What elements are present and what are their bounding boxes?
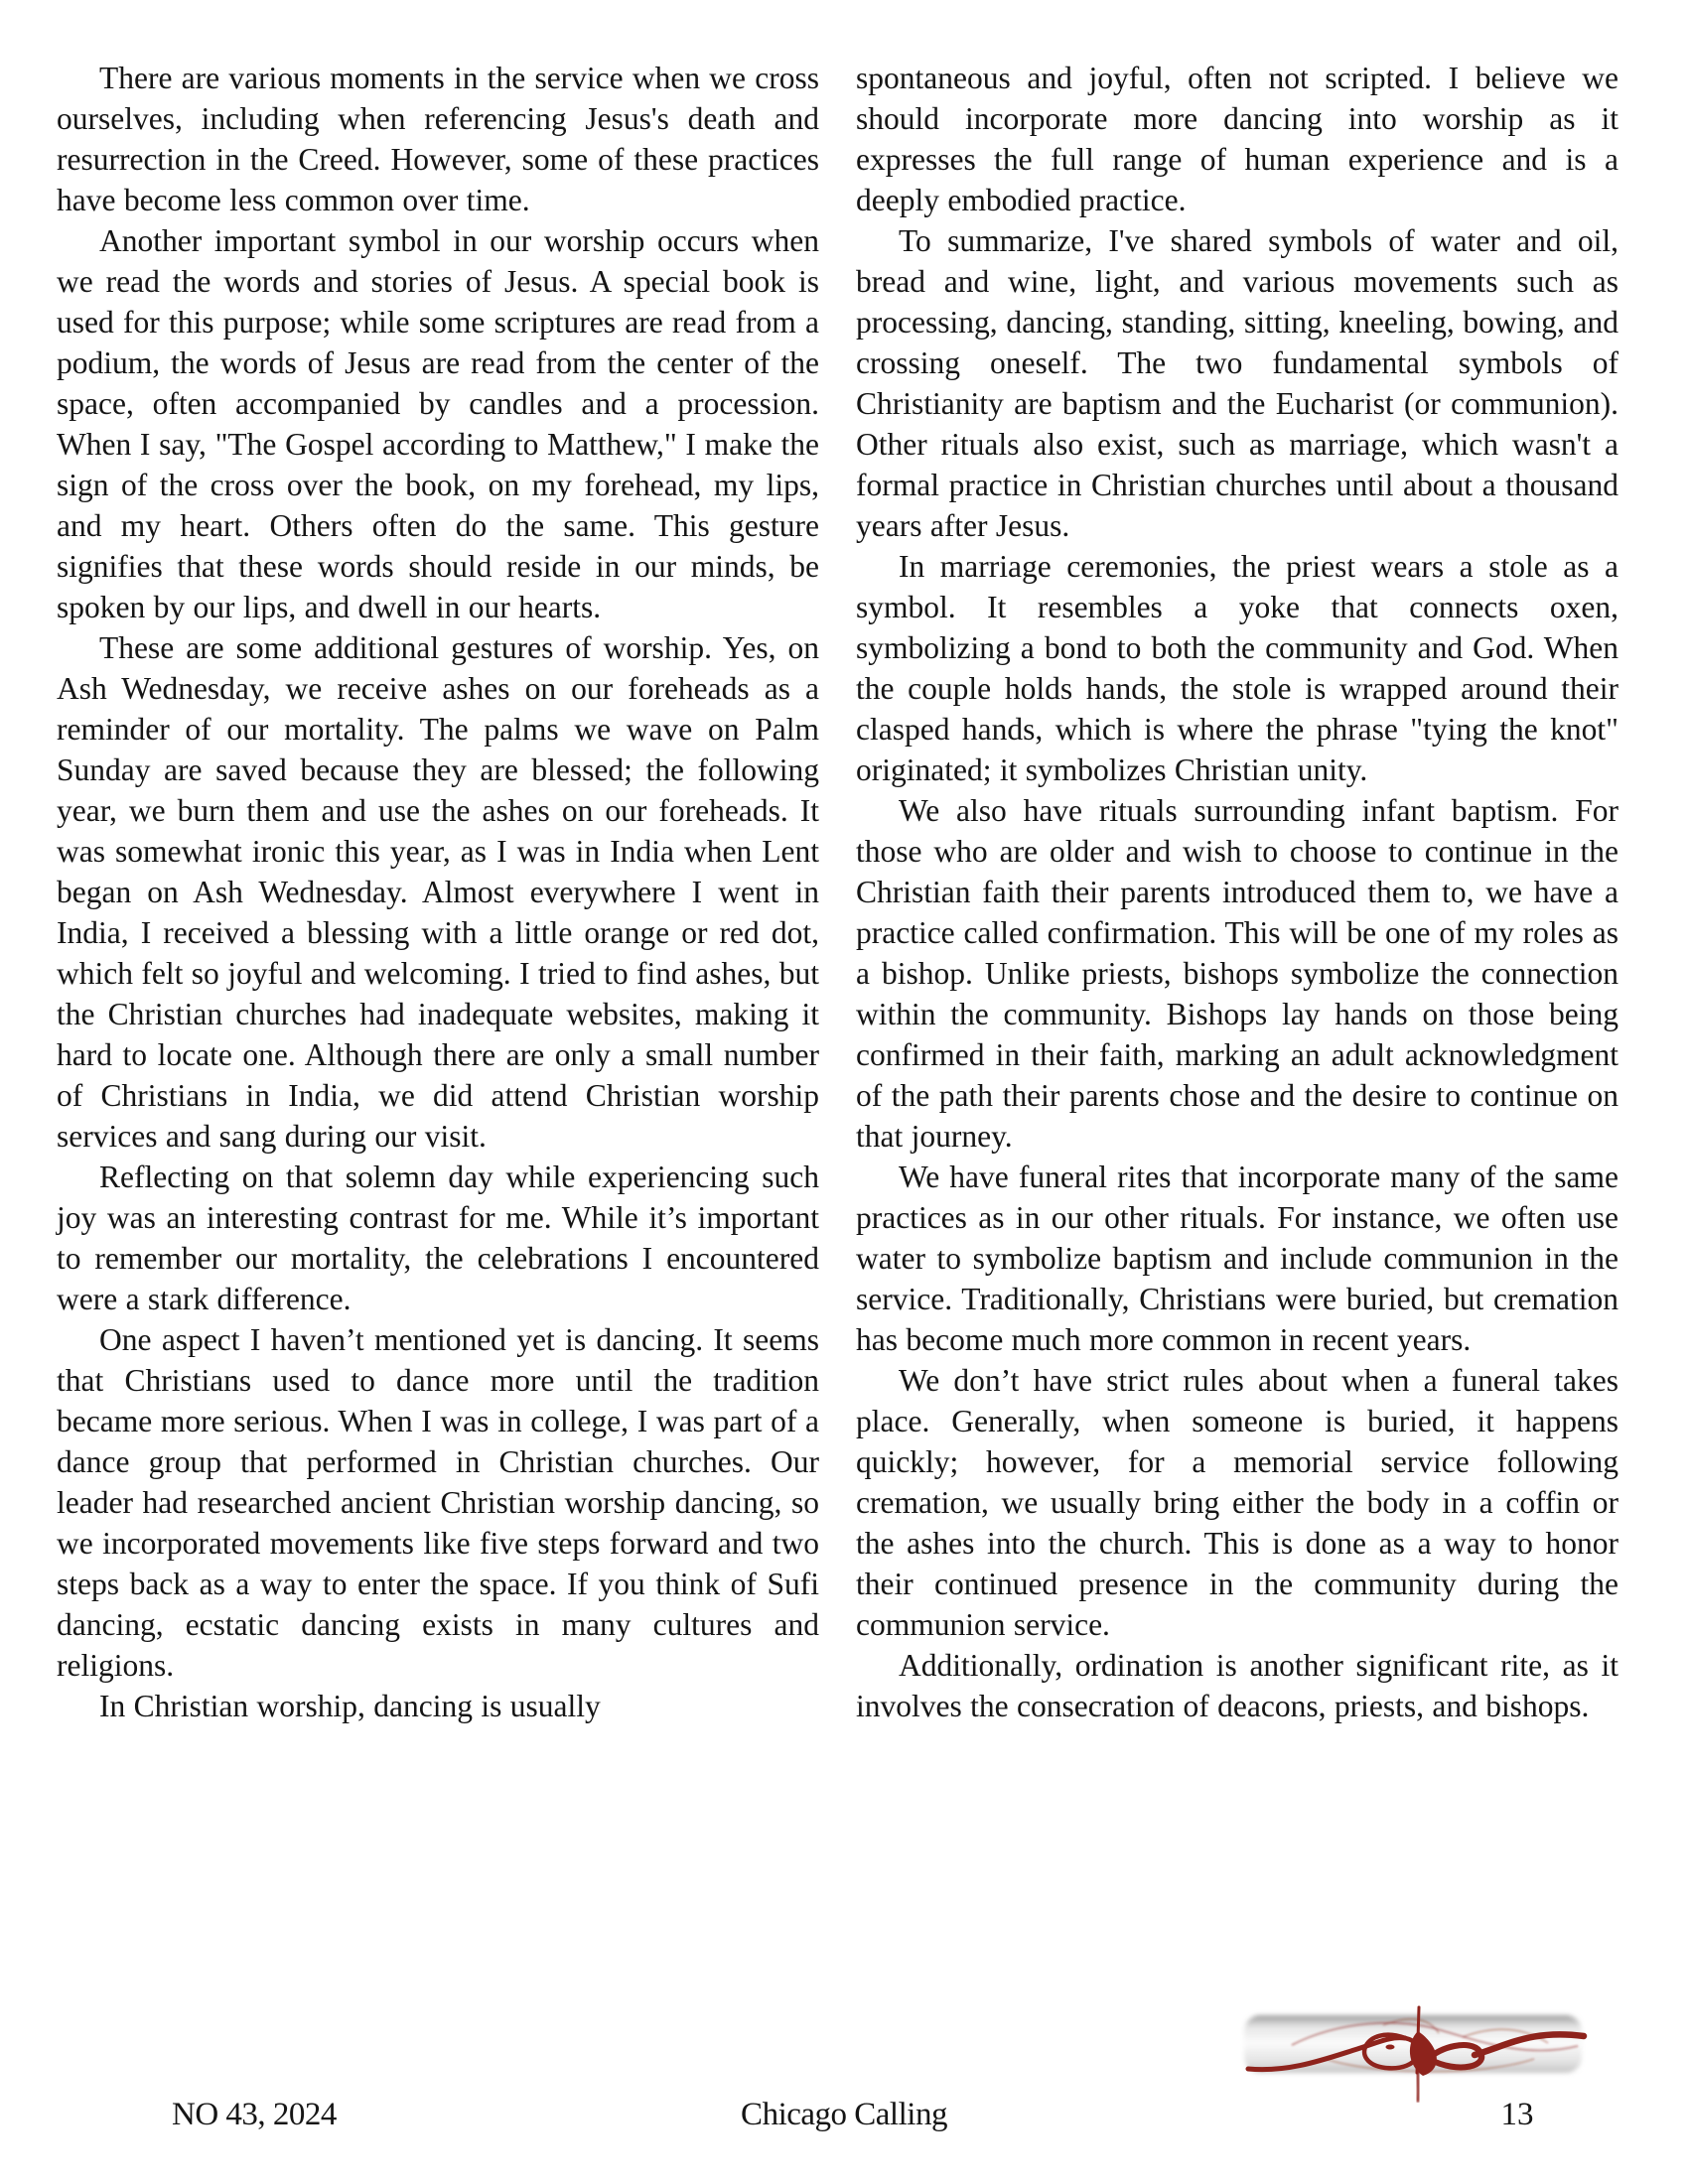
article-body: There are various moments in the service… [57, 58, 1618, 1726]
paragraph: We have funeral rites that incorporate m… [856, 1157, 1618, 1360]
paragraph: These are some additional gestures of wo… [57, 627, 819, 1157]
paragraph-continuation: spontaneous and joyful, often not script… [856, 58, 1618, 220]
paragraph: We also have rituals surrounding infant … [856, 790, 1618, 1157]
paragraph: To summarize, I've shared symbols of wat… [856, 220, 1618, 546]
paragraph: Reflecting on that solemn day while expe… [57, 1157, 819, 1319]
magazine-page: There are various moments in the service… [0, 0, 1688, 2184]
paragraph: Another important symbol in our worship … [57, 220, 819, 627]
page-footer: NO 43, 2024 Chicago Calling 13 [0, 2093, 1688, 2142]
paragraph: One aspect I haven’t mentioned yet is da… [57, 1319, 819, 1686]
red-swirl-flourish-icon [1234, 2003, 1592, 2103]
footer-issue-label: NO 43, 2024 [172, 2093, 337, 2136]
paragraph: We don’t have strict rules about when a … [856, 1360, 1618, 1645]
paragraph: Additionally, ordination is another sign… [856, 1645, 1618, 1726]
right-column: spontaneous and joyful, often not script… [856, 58, 1618, 1726]
paragraph: There are various moments in the service… [57, 58, 819, 220]
left-column: There are various moments in the service… [57, 58, 819, 1726]
paragraph: In Christian worship, dancing is usually [57, 1686, 819, 1726]
footer-page-number: 13 [1487, 2093, 1547, 2136]
paragraph: In marriage ceremonies, the priest wears… [856, 546, 1618, 790]
footer-publication-title: Chicago Calling [741, 2093, 947, 2136]
